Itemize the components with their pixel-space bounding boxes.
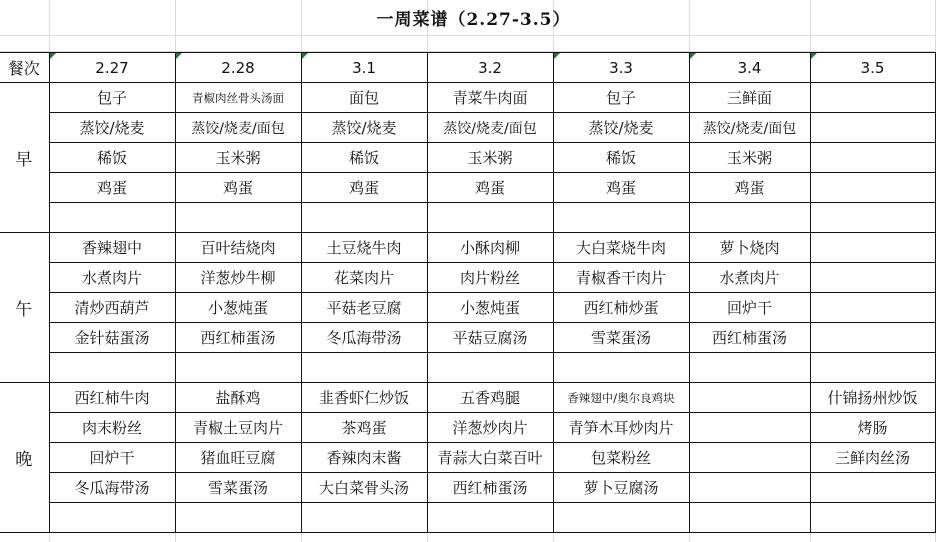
dish-cell[interactable]: 三鲜肉丝汤 (810, 443, 935, 473)
dish-cell[interactable] (810, 263, 935, 293)
dish-cell[interactable] (689, 503, 810, 533)
menu-table: 餐次 2.27 2.28 3.1 3.2 3.3 3.4 3.5 早包子青椒肉丝… (0, 52, 936, 533)
dish-cell[interactable]: 蒸饺/烧麦/面包 (427, 113, 553, 143)
dish-cell[interactable]: 土豆烧牛肉 (301, 233, 427, 263)
cell-marker-icon (302, 53, 308, 59)
dish-cell[interactable] (689, 443, 810, 473)
dish-cell[interactable]: 花菜肉片 (301, 263, 427, 293)
dish-cell[interactable]: 大白菜骨头汤 (301, 473, 427, 503)
dish-cell[interactable]: 青椒肉丝骨头汤面 (175, 83, 301, 113)
dish-cell[interactable]: 金针菇蛋汤 (49, 323, 175, 353)
dish-cell[interactable]: 回炉干 (49, 443, 175, 473)
dish-cell[interactable]: 小葱炖蛋 (427, 293, 553, 323)
dish-cell[interactable]: 鸡蛋 (553, 173, 689, 203)
menu-row: 晚西红柿牛肉盐酥鸡韭香虾仁炒饭五香鸡腿香辣翅中/奥尔良鸡块什锦扬州炒饭 (0, 383, 935, 413)
dish-cell[interactable] (301, 503, 427, 533)
date-cell-2[interactable]: 3.1 (301, 53, 427, 83)
dish-cell[interactable]: 猪血旺豆腐 (175, 443, 301, 473)
dish-cell[interactable] (810, 353, 935, 383)
dish-cell[interactable] (810, 293, 935, 323)
meal-period-cell[interactable]: 午 (0, 233, 49, 383)
dish-cell[interactable] (49, 203, 175, 233)
menu-row: 蒸饺/烧麦蒸饺/烧麦/面包蒸饺/烧麦蒸饺/烧麦/面包蒸饺/烧麦蒸饺/烧麦/面包 (0, 113, 935, 143)
dish-cell[interactable]: 青笋木耳炒肉片 (553, 413, 689, 443)
dish-cell[interactable] (810, 233, 935, 263)
dish-cell[interactable]: 鸡蛋 (175, 173, 301, 203)
dish-cell[interactable]: 冬瓜海带汤 (49, 473, 175, 503)
dish-cell[interactable]: 西红柿蛋汤 (689, 323, 810, 353)
dish-cell[interactable] (689, 473, 810, 503)
date-cell-5[interactable]: 3.4 (689, 53, 810, 83)
dish-cell[interactable] (427, 503, 553, 533)
dish-cell[interactable]: 冬瓜海带汤 (301, 323, 427, 353)
date-cell-3[interactable]: 3.2 (427, 53, 553, 83)
dish-cell[interactable] (810, 503, 935, 533)
menu-row: 水煮肉片洋葱炒牛柳花菜肉片肉片粉丝青椒香干肉片水煮肉片 (0, 263, 935, 293)
dish-cell[interactable]: 玉米粥 (689, 143, 810, 173)
dish-cell[interactable]: 西红柿蛋汤 (427, 473, 553, 503)
menu-row: 回炉干猪血旺豆腐香辣肉末酱青蒜大白菜百叶包菜粉丝三鲜肉丝汤 (0, 443, 935, 473)
dish-cell[interactable]: 盐酥鸡 (175, 383, 301, 413)
dish-cell[interactable] (49, 503, 175, 533)
dish-cell[interactable] (175, 503, 301, 533)
dish-cell[interactable] (810, 143, 935, 173)
dish-cell[interactable]: 稀饭 (49, 143, 175, 173)
dish-cell[interactable] (689, 383, 810, 413)
dish-cell[interactable]: 鸡蛋 (301, 173, 427, 203)
menu-row: 早包子青椒肉丝骨头汤面面包青菜牛肉面包子三鲜面 (0, 83, 935, 113)
cell-marker-icon (176, 53, 182, 59)
dish-cell[interactable]: 香辣翅中/奥尔良鸡块 (553, 383, 689, 413)
dish-cell[interactable] (553, 503, 689, 533)
dish-cell[interactable]: 百叶结烧肉 (175, 233, 301, 263)
menu-row: 鸡蛋鸡蛋鸡蛋鸡蛋鸡蛋鸡蛋 (0, 173, 935, 203)
dish-cell[interactable]: 玉米粥 (427, 143, 553, 173)
menu-row: 稀饭玉米粥稀饭玉米粥稀饭玉米粥 (0, 143, 935, 173)
dish-cell[interactable]: 蒸饺/烧麦/面包 (175, 113, 301, 143)
dish-cell[interactable]: 烤肠 (810, 413, 935, 443)
dish-cell[interactable] (301, 353, 427, 383)
sheet-edge (936, 0, 947, 542)
dish-cell[interactable]: 面包 (301, 83, 427, 113)
meal-period-cell[interactable]: 晚 (0, 383, 49, 533)
date-cell-1[interactable]: 2.28 (175, 53, 301, 83)
dish-cell[interactable]: 蒸饺/烧麦 (49, 113, 175, 143)
dish-cell[interactable] (810, 473, 935, 503)
dish-cell[interactable]: 包子 (49, 83, 175, 113)
dish-cell[interactable]: 青椒土豆肉片 (175, 413, 301, 443)
dish-cell[interactable]: 鸡蛋 (689, 173, 810, 203)
dish-cell[interactable]: 韭香虾仁炒饭 (301, 383, 427, 413)
dish-cell[interactable] (810, 323, 935, 353)
dish-cell[interactable]: 茶鸡蛋 (301, 413, 427, 443)
dish-cell[interactable] (553, 203, 689, 233)
cell-marker-icon (811, 53, 817, 59)
dish-cell[interactable]: 蒸饺/烧麦 (553, 113, 689, 143)
dish-cell[interactable]: 平菇豆腐汤 (427, 323, 553, 353)
dish-cell[interactable]: 青椒香干肉片 (553, 263, 689, 293)
dish-cell[interactable] (175, 203, 301, 233)
dish-cell[interactable]: 蒸饺/烧麦 (301, 113, 427, 143)
dish-cell[interactable]: 包菜粉丝 (553, 443, 689, 473)
dish-cell[interactable]: 玉米粥 (175, 143, 301, 173)
dish-cell[interactable] (427, 203, 553, 233)
sheet-title[interactable]: 一周菜谱（2.27-3.5） (0, 0, 947, 35)
dish-cell[interactable] (553, 353, 689, 383)
dish-cell[interactable]: 包子 (553, 83, 689, 113)
dish-cell[interactable]: 三鲜面 (689, 83, 810, 113)
dish-cell[interactable] (301, 203, 427, 233)
dish-cell[interactable] (49, 353, 175, 383)
dish-cell[interactable]: 洋葱炒肉片 (427, 413, 553, 443)
gridline (0, 35, 947, 36)
dish-cell[interactable]: 西红柿蛋汤 (175, 323, 301, 353)
menu-row (0, 503, 935, 533)
menu-row: 冬瓜海带汤雪菜蛋汤大白菜骨头汤西红柿蛋汤萝卜豆腐汤 (0, 473, 935, 503)
date-cell-4[interactable]: 3.3 (553, 53, 689, 83)
dish-cell[interactable] (810, 83, 935, 113)
dish-cell[interactable]: 大白菜烧牛肉 (553, 233, 689, 263)
dish-cell[interactable]: 雪菜蛋汤 (553, 323, 689, 353)
dish-cell[interactable]: 青蒜大白菜百叶 (427, 443, 553, 473)
dish-cell[interactable]: 蒸饺/烧麦/面包 (689, 113, 810, 143)
dish-cell[interactable] (810, 203, 935, 233)
dish-cell[interactable]: 小酥肉柳 (427, 233, 553, 263)
menu-row: 金针菇蛋汤西红柿蛋汤冬瓜海带汤平菇豆腐汤雪菜蛋汤西红柿蛋汤 (0, 323, 935, 353)
dish-cell[interactable]: 洋葱炒牛柳 (175, 263, 301, 293)
menu-row: 肉末粉丝青椒土豆肉片茶鸡蛋洋葱炒肉片青笋木耳炒肉片烤肠 (0, 413, 935, 443)
dish-cell[interactable]: 萝卜豆腐汤 (553, 473, 689, 503)
dish-cell[interactable] (689, 203, 810, 233)
dish-cell[interactable]: 肉末粉丝 (49, 413, 175, 443)
meal-period-cell[interactable]: 早 (0, 83, 49, 233)
dish-cell[interactable]: 西红柿炒蛋 (553, 293, 689, 323)
dish-cell[interactable]: 稀饭 (301, 143, 427, 173)
dish-cell[interactable]: 雪菜蛋汤 (175, 473, 301, 503)
dish-cell[interactable]: 香辣肉末酱 (301, 443, 427, 473)
header-row: 餐次 2.27 2.28 3.1 3.2 3.3 3.4 3.5 (0, 53, 935, 83)
dish-cell[interactable]: 五香鸡腿 (427, 383, 553, 413)
date-cell-6[interactable]: 3.5 (810, 53, 935, 83)
dish-cell[interactable]: 萝卜烧肉 (689, 233, 810, 263)
menu-row: 清炒西葫芦小葱炖蛋平菇老豆腐小葱炖蛋西红柿炒蛋回炉干 (0, 293, 935, 323)
dish-cell[interactable] (427, 353, 553, 383)
dish-cell[interactable]: 鸡蛋 (427, 173, 553, 203)
menu-row (0, 203, 935, 233)
dish-cell[interactable]: 香辣翅中 (49, 233, 175, 263)
cell-marker-icon (554, 53, 560, 59)
dish-cell[interactable] (175, 353, 301, 383)
dish-cell[interactable]: 肉片粉丝 (427, 263, 553, 293)
dish-cell[interactable] (689, 353, 810, 383)
dish-cell[interactable]: 水煮肉片 (49, 263, 175, 293)
cell-marker-icon (690, 53, 696, 59)
dish-cell[interactable]: 水煮肉片 (689, 263, 810, 293)
dish-cell[interactable]: 回炉干 (689, 293, 810, 323)
dish-cell[interactable]: 稀饭 (553, 143, 689, 173)
dish-cell[interactable]: 青菜牛肉面 (427, 83, 553, 113)
dish-cell[interactable] (810, 173, 935, 203)
dish-cell[interactable] (689, 413, 810, 443)
menu-row (0, 353, 935, 383)
meal-label-cell[interactable]: 餐次 (0, 53, 49, 83)
dish-cell[interactable]: 鸡蛋 (49, 173, 175, 203)
date-cell-0[interactable]: 2.27 (49, 53, 175, 83)
menu-row: 午香辣翅中百叶结烧肉土豆烧牛肉小酥肉柳大白菜烧牛肉萝卜烧肉 (0, 233, 935, 263)
dish-cell[interactable]: 小葱炖蛋 (175, 293, 301, 323)
dish-cell[interactable] (810, 113, 935, 143)
dish-cell[interactable]: 什锦扬州炒饭 (810, 383, 935, 413)
dish-cell[interactable]: 清炒西葫芦 (49, 293, 175, 323)
dish-cell[interactable]: 平菇老豆腐 (301, 293, 427, 323)
cell-marker-icon (50, 53, 56, 59)
dish-cell[interactable]: 西红柿牛肉 (49, 383, 175, 413)
